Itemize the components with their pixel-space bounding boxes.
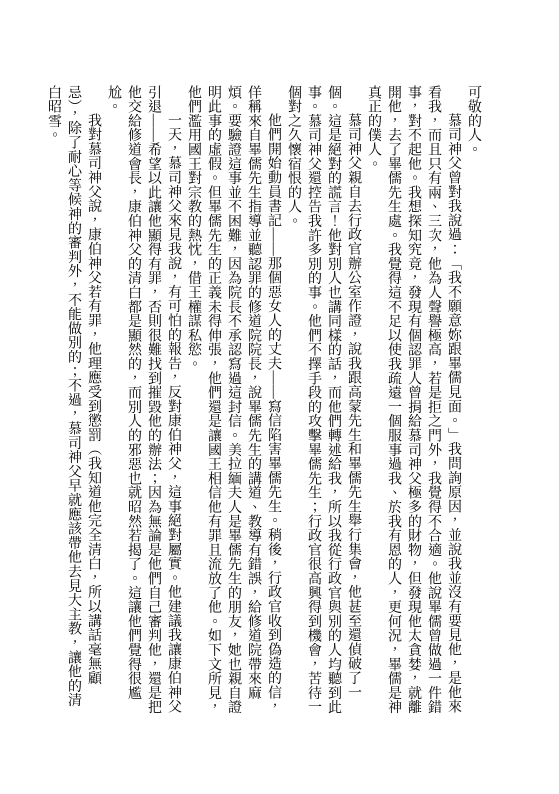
paragraph: 他們開始動員書記——那個惡女人的丈夫——寫信陷害畢儒先生。稍後，行政官收到偽造的…: [183, 85, 283, 717]
paragraph: 慕司神父曾對我說過：「我不願意妳跟畢儒見面。」我問詢原因，並說我並沒有要見他，是…: [363, 85, 463, 717]
book-page: 可敬的人。 慕司神父曾對我說過：「我不願意妳跟畢儒見面。」我問詢原因，並說我並沒…: [0, 0, 559, 794]
paragraph: 可敬的人。: [463, 85, 483, 717]
vertical-text-block: 可敬的人。 慕司神父曾對我說過：「我不願意妳跟畢儒見面。」我問詢原因，並說我並沒…: [43, 85, 483, 717]
paragraph: 一天，慕司神父來見我說，有可怕的報告，反對康伯神父，這事絕對屬實。他建議我讓康伯…: [103, 85, 183, 717]
paragraph: 慕司神父親自去行政官辦公室作證，說我跟高蒙先生和畢儒先生舉行集會，他甚至還偵破了…: [283, 85, 363, 717]
paragraph: 我對慕司神父說，康伯神父若有罪，他理應受到懲罰（我知道他完全清白，所以講話毫無顧…: [43, 85, 103, 717]
